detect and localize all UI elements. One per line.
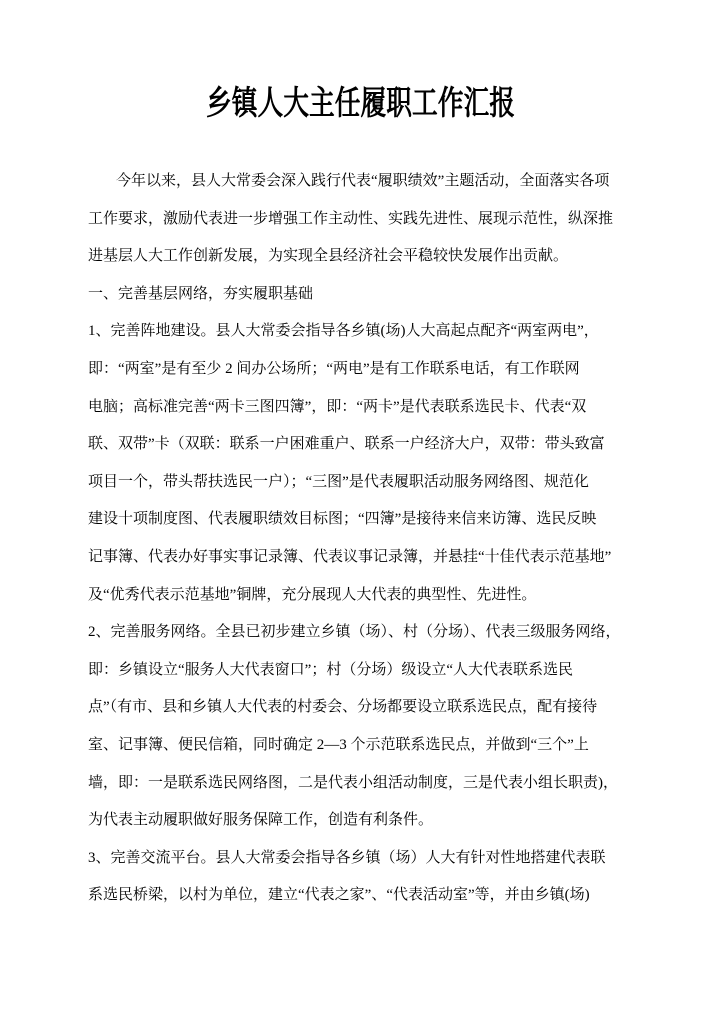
- paragraph-item-1: 1、完善阵地建设。县人大常委会指导各乡镇(场)人大高起点配齐“两室两电”，即：“…: [88, 313, 633, 614]
- text-line: 工作要求，激励代表进一步增强工作主动性、实践先进性、展现示范性，纵深推: [88, 201, 633, 239]
- document-title: 乡镇人大主任履职工作汇报: [79, 82, 641, 126]
- text-line: 3、完善交流平台。县人大常委会指导各乡镇（场）人大有针对性地搭建代表联: [88, 840, 633, 878]
- document-page: 乡镇人大主任履职工作汇报 今年以来，县人大常委会深入践行代表“履职绩效”主题活动…: [0, 0, 721, 1020]
- paragraph-intro: 今年以来，县人大常委会深入践行代表“履职绩效”主题活动，全面落实各项工作要求，激…: [88, 163, 633, 276]
- text-line: 今年以来，县人大常委会深入践行代表“履职绩效”主题活动，全面落实各项: [88, 163, 633, 201]
- text-line: 点”（有市、县和乡镇人大代表的村委会、分场都要设立联系选民点，配有接待: [88, 689, 633, 727]
- text-line: 为代表主动履职做好服务保障工作，创造有利条件。: [88, 802, 633, 840]
- text-line: 系选民桥梁，以村为单位，建立“代表之家”、“代表活动室”等，并由乡镇(场): [88, 877, 633, 915]
- text-line: 1、完善阵地建设。县人大常委会指导各乡镇(场)人大高起点配齐“两室两电”，: [88, 313, 633, 351]
- text-line: 室、记事簿、便民信箱，同时确定 2—3 个示范联系选民点，并做到“三个”上: [88, 727, 633, 765]
- text-line: 进基层人大工作创新发展，为实现全县经济社会平稳较快发展作出贡献。: [88, 238, 633, 276]
- text-line: 2、完善服务网络。全县已初步建立乡镇（场）、村（分场）、代表三级服务网络，: [88, 614, 633, 652]
- paragraph-item-2: 2、完善服务网络。全县已初步建立乡镇（场）、村（分场）、代表三级服务网络，即：乡…: [88, 614, 633, 840]
- document-body: 今年以来，县人大常委会深入践行代表“履职绩效”主题活动，全面落实各项工作要求，激…: [88, 163, 633, 915]
- text-line: 联、双带”卡（双联：联系一户困难重户、联系一户经济大户，双带：带头致富: [88, 426, 633, 464]
- text-line: 建设十项制度图、代表履职绩效目标图；“四簿”是接待来信来访簿、选民反映: [88, 501, 633, 539]
- paragraph-item-3: 3、完善交流平台。县人大常委会指导各乡镇（场）人大有针对性地搭建代表联系选民桥梁…: [88, 840, 633, 915]
- text-line: 项目一个，带头帮扶选民一户）；“三图”是代表履职活动服务网络图、规范化: [88, 464, 633, 502]
- text-line: 电脑；高标准完善“两卡三图四簿”，即：“两卡”是代表联系选民卡、代表“双: [88, 389, 633, 427]
- text-line: 墙，即：一是联系选民网络图，二是代表小组活动制度，三是代表小组长职责)，: [88, 765, 633, 803]
- text-line: 及“优秀代表示范基地”铜牌，充分展现人大代表的典型性、先进性。: [88, 577, 633, 615]
- text-line: 即：乡镇设立“服务人大代表窗口”；村（分场）级设立“人大代表联系选民: [88, 652, 633, 690]
- text-line: 记事簿、代表办好事实事记录簿、代表议事记录簿，并悬挂“十佳代表示范基地”: [88, 539, 633, 577]
- paragraph-section-heading-1: 一、完善基层网络，夯实履职基础: [88, 276, 633, 314]
- text-line: 一、完善基层网络，夯实履职基础: [88, 276, 633, 314]
- text-line: 即：“两室”是有至少 2 间办公场所；“两电”是有工作联系电话，有工作联网: [88, 351, 633, 389]
